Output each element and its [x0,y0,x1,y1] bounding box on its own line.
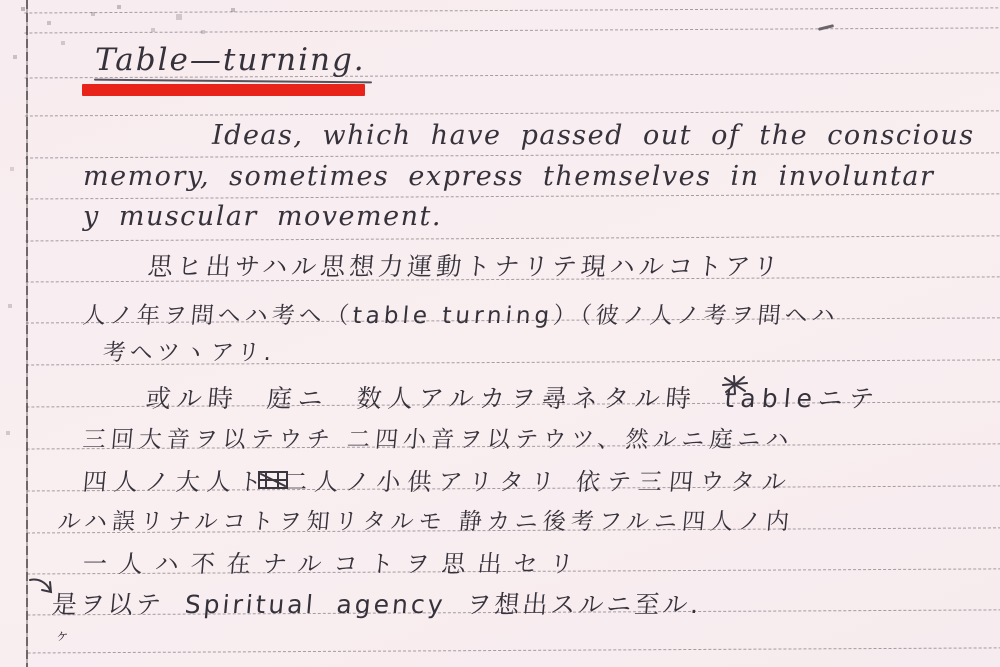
ruled-line [25,152,999,158]
ruled-line [26,235,1000,241]
manuscript-line: ルハ誤リナルコトヲ知リタルモ 静カニ後考フルニ四人ノ内 [57,503,796,536]
strikeout-mark [256,468,290,492]
manuscript-line: 一人ハ不在ナルコトヲ思出セリ [81,544,587,579]
ruled-line [25,193,999,199]
manuscript-line: 是ヲ以テ Spiritual agency ヲ想出スルニ至ル. [50,585,703,621]
margin-line [26,0,28,667]
ruled-line [25,110,999,116]
manuscript-line: 思ヒ出サハル思想力運動トナリテ現ハルコトアリ [146,247,783,283]
manuscript-line: memory, sometimes express themselves in … [83,161,934,192]
ruled-line [24,27,998,33]
manuscript-line: 或ル時 庭ニ 数人アルカヲ尋ネタル時 tableニテ [144,379,881,415]
manuscript-line: y muscular movement. [83,201,442,232]
ruled-line [28,647,1000,653]
ruled-line [24,7,998,13]
manuscript-line: 三回大音ヲ以テウチ 二四小音ヲ以テウツ、然ルニ庭ニハ [82,421,796,454]
strikeout-mark [720,374,750,396]
manuscript-line: 人ノ年ヲ問ヘハ考ヘ（table turning）（彼ノ人ノ考ヲ問ヘハ [82,297,841,330]
scanned-notebook-page: Table—turning. Ideas, which have passed … [0,0,1000,667]
manuscript-line: ヶ [54,624,71,645]
page-title: Table—turning. [95,42,366,78]
manuscript-line: 四人ノ大人ト 二人ノ小供アリタリ 依テ三四ウタル [81,462,794,497]
manuscript-line: Ideas, which have passed out of the cons… [212,120,975,151]
manuscript-line: 考ヘツヽアリ. [102,334,277,367]
red-underline-annotation [82,84,365,96]
flourish-mark [28,576,54,598]
